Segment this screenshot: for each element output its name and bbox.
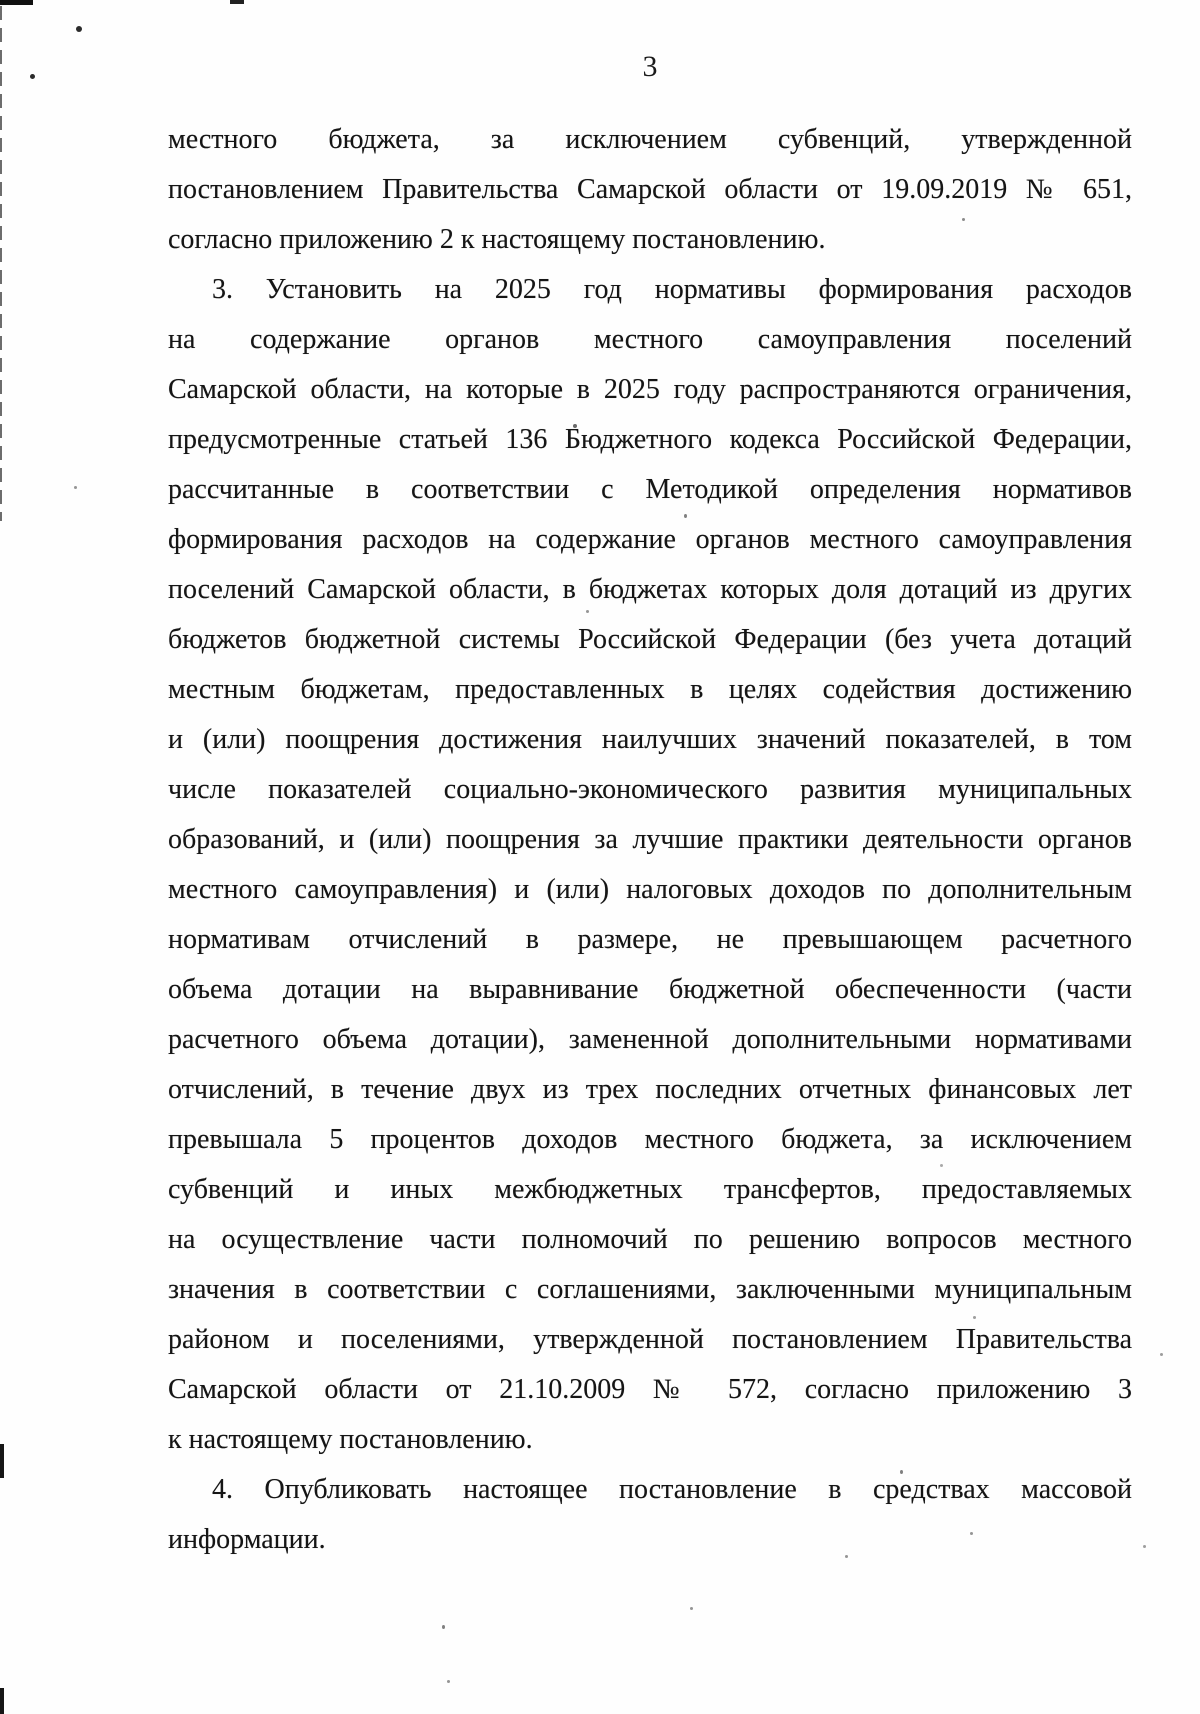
text-line: и (или) поощрения достижения наилучших з…	[168, 715, 1132, 765]
text-line: на содержание органов местного самоуправ…	[168, 315, 1132, 365]
text-line: превышала 5 процентов доходов местного б…	[168, 1115, 1132, 1165]
text-line: нормативам отчислений в размере, не прев…	[168, 915, 1132, 965]
text-line: формирования расходов на содержание орга…	[168, 515, 1132, 565]
scan-corner-mark	[0, 0, 33, 5]
page-number: 3	[170, 50, 1130, 84]
text-line: согласно приложению 2 к настоящему поста…	[168, 215, 1132, 265]
text-line: местным бюджетам, предоставленных в целя…	[168, 665, 1132, 715]
paragraph: 3. Установить на 2025 год нормативы форм…	[168, 265, 1132, 1465]
text-line: субвенций и иных межбюджетных трансферто…	[168, 1165, 1132, 1215]
text-line: расчетного объема дотации), замененной д…	[168, 1015, 1132, 1065]
scan-speck	[30, 74, 35, 79]
text-line: 4. Опубликовать настоящее постановление …	[168, 1465, 1132, 1515]
scan-speck	[74, 486, 77, 489]
text-line: на осуществление части полномочий по реш…	[168, 1215, 1132, 1265]
text-line: Самарской области от 21.10.2009 № 572, с…	[168, 1365, 1132, 1415]
text-line: числе показателей социально-экономическо…	[168, 765, 1132, 815]
text-line: бюджетов бюджетной системы Российской Фе…	[168, 615, 1132, 665]
scan-speck	[1143, 1545, 1146, 1548]
text-line: рассчитанные в соответствии с Методикой …	[168, 465, 1132, 515]
text-line: образований, и (или) поощрения за лучшие…	[168, 815, 1132, 865]
paragraph: местного бюджета, за исключением субвенц…	[168, 115, 1132, 265]
scan-speck	[442, 1625, 445, 1629]
scan-speck	[76, 26, 82, 32]
text-line: предусмотренные статьей 136 Бюджетного к…	[168, 415, 1132, 465]
text-line: значения в соответствии с соглашениями, …	[168, 1265, 1132, 1315]
scan-speck	[447, 1680, 450, 1683]
text-line: местного самоуправления) и (или) налогов…	[168, 865, 1132, 915]
text-line: к настоящему постановлению.	[168, 1415, 1132, 1465]
scan-speck	[690, 1607, 693, 1610]
text-line: постановлением Правительства Самарской о…	[168, 165, 1132, 215]
paragraph: 4. Опубликовать настоящее постановление …	[168, 1465, 1132, 1565]
scanned-page: 3 местного бюджета, за исключением субве…	[0, 0, 1200, 1714]
text-line: отчислений, в течение двух из трех после…	[168, 1065, 1132, 1115]
document-body: местного бюджета, за исключением субвенц…	[168, 115, 1132, 1565]
scan-edge-tick	[230, 0, 244, 4]
text-line: информации.	[168, 1515, 1132, 1565]
scan-speck	[1160, 1353, 1163, 1356]
text-line: 3. Установить на 2025 год нормативы форм…	[168, 265, 1132, 315]
text-line: районом и поселениями, утвержденной пост…	[168, 1315, 1132, 1365]
scan-edge-line	[0, 6, 2, 521]
scan-edge-mark	[0, 1688, 4, 1714]
text-line: объема дотации на выравнивание бюджетной…	[168, 965, 1132, 1015]
scan-edge-mark	[0, 1444, 4, 1478]
text-line: поселений Самарской области, в бюджетах …	[168, 565, 1132, 615]
text-line: Самарской области, на которые в 2025 год…	[168, 365, 1132, 415]
text-line: местного бюджета, за исключением субвенц…	[168, 115, 1132, 165]
